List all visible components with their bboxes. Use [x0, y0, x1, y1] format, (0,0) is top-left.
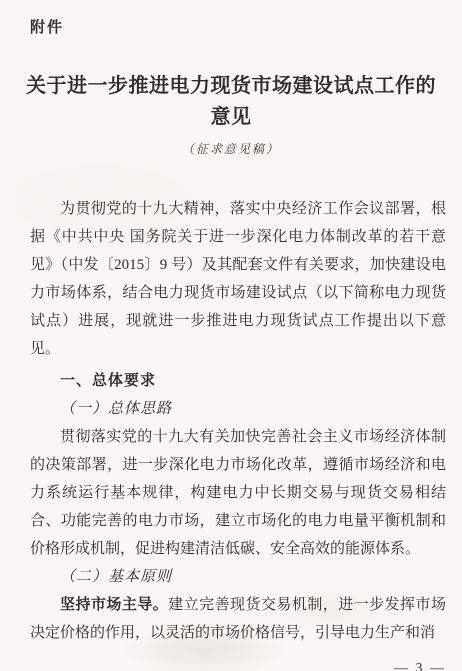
document-subtitle: （征求意见稿）	[0, 140, 462, 157]
scanned-document-page: 附件 关于进一步推进电力现货市场建设试点工作的 意见 （征求意见稿） 为贯彻党的…	[0, 0, 462, 671]
subsection-heading-2: （二）基本原则	[30, 563, 446, 591]
subsection-heading-1: （一）总体思路	[30, 395, 446, 423]
document-body: 为贯彻党的十九大精神，落实中央经济工作会议部署，根据《中共中央 国务院关于进一步…	[0, 195, 462, 647]
document-title-line2: 意见	[0, 102, 462, 133]
overall-approach-paragraph: 贯彻落实党的十九大有关加快完善社会主义市场经济体制的决策部署，进一步深化电力市场…	[30, 423, 446, 563]
principle-paragraph: 坚持市场主导。建立完善现货交易机制，进一步发挥市场决定价格的作用，以灵活的市场价…	[30, 591, 446, 647]
intro-paragraph: 为贯彻党的十九大精神，落实中央经济工作会议部署，根据《中共中央 国务院关于进一步…	[30, 195, 446, 363]
section-heading-1: 一、总体要求	[30, 367, 446, 395]
page-number: — 3 —	[0, 661, 462, 671]
document-title: 关于进一步推进电力现货市场建设试点工作的 意见	[0, 71, 462, 133]
document-title-line1: 关于进一步推进电力现货市场建设试点工作的	[0, 71, 462, 102]
attachment-label: 附件	[0, 0, 462, 37]
principle-lead-in: 坚持市场主导。	[60, 597, 168, 613]
